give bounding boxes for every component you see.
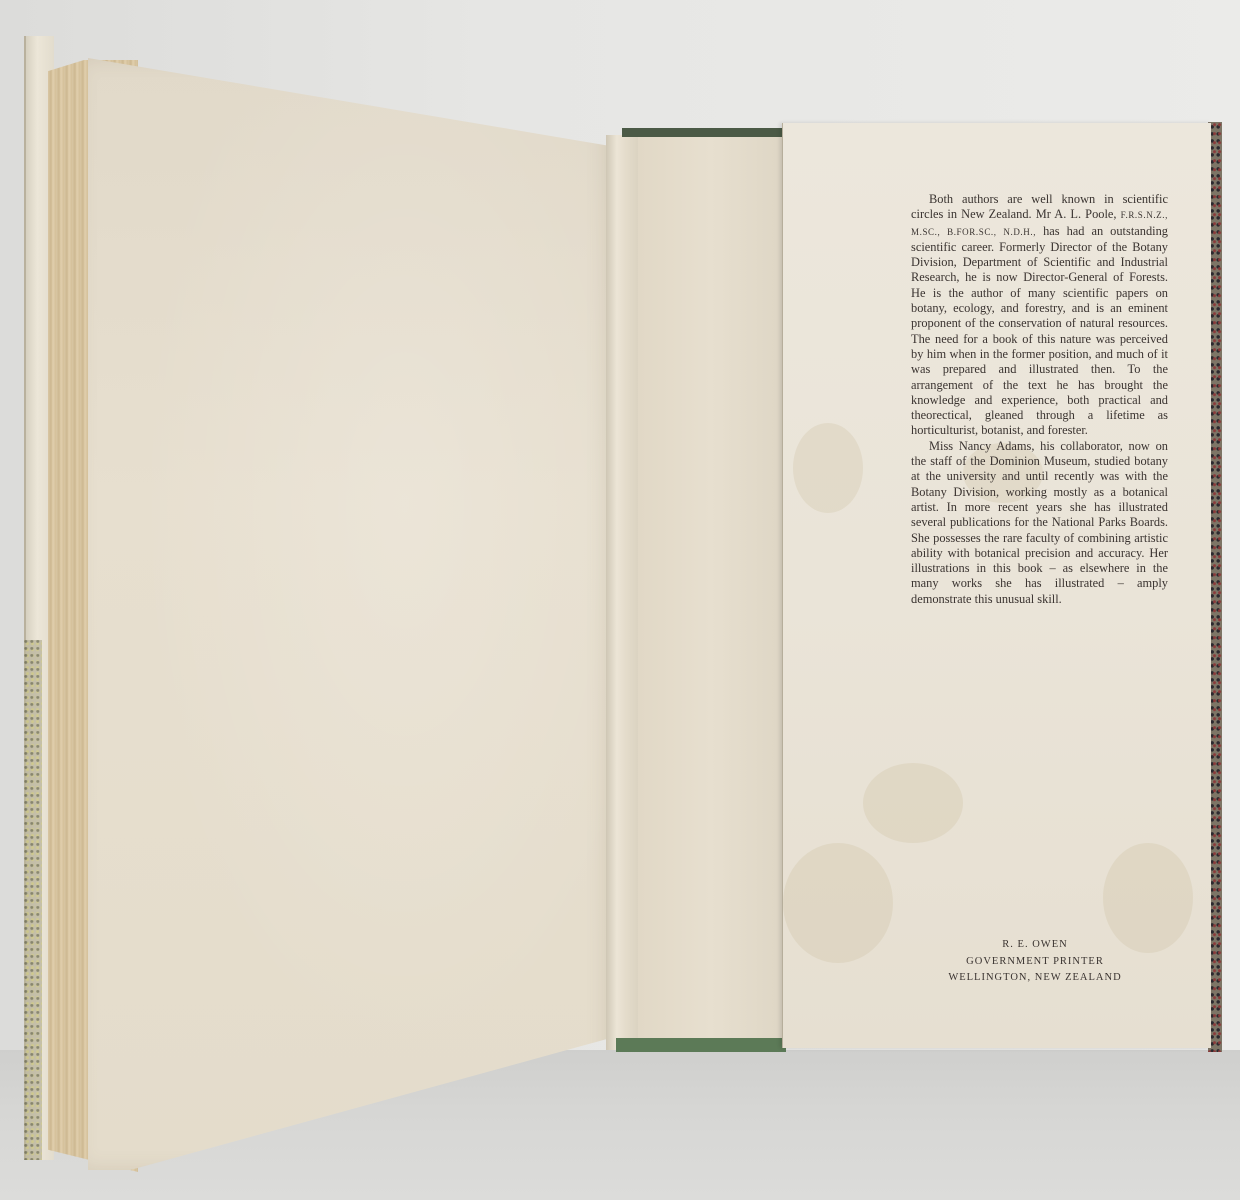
biography-paragraph-poole: Both authors are well known in scientifi… bbox=[911, 192, 1168, 439]
left-endpaper-lighting bbox=[88, 58, 616, 1170]
author-biography: Both authors are well known in scientifi… bbox=[911, 192, 1168, 607]
printer-imprint: R. E. Owen Government Printer Wellington… bbox=[930, 937, 1140, 987]
cover-pattern-edge bbox=[24, 640, 42, 1160]
cloth-binding-top bbox=[622, 128, 784, 137]
printer-location: Wellington, New Zealand bbox=[930, 970, 1140, 987]
biography-paragraph-adams: Miss Nancy Adams, his collaborator, now … bbox=[911, 439, 1168, 607]
printer-title: Government Printer bbox=[930, 954, 1140, 971]
cloth-binding-bottom bbox=[616, 1038, 786, 1052]
poole-career-text: has had an outstanding scientific career… bbox=[911, 224, 1168, 438]
printer-name: R. E. Owen bbox=[930, 937, 1140, 954]
right-endpaper bbox=[638, 137, 784, 1040]
book-gutter bbox=[606, 135, 642, 1050]
